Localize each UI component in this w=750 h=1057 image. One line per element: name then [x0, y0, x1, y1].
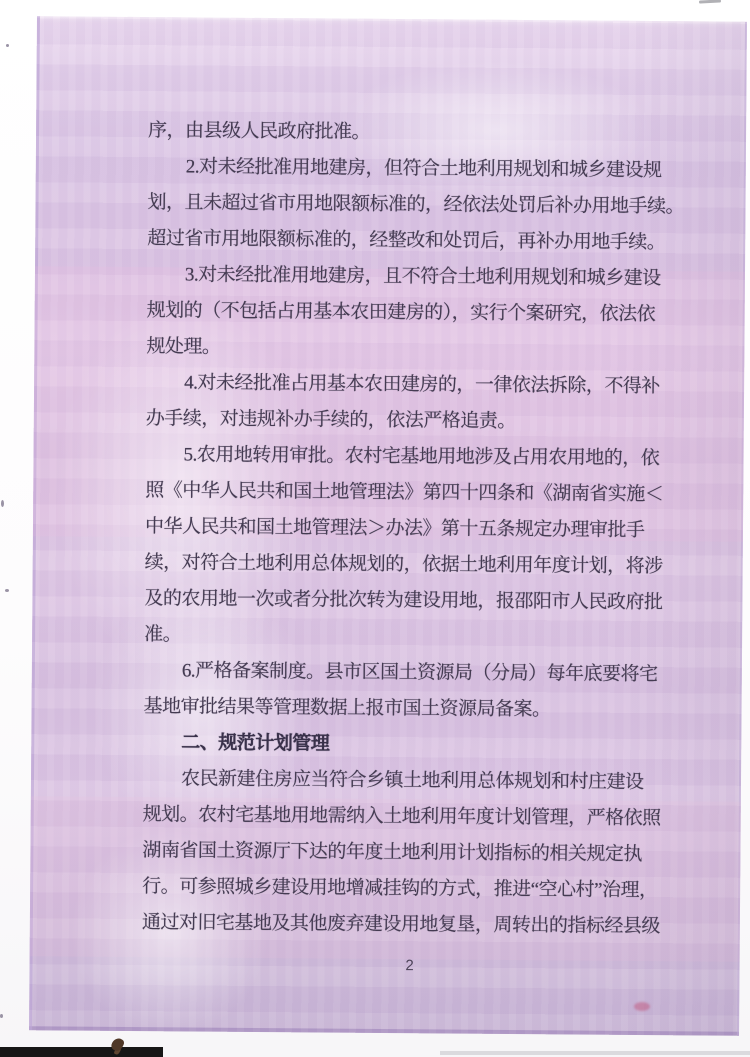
text-line: 基地审批结果等管理数据上报市国土资源局备案。 [143, 689, 679, 729]
text-line: 通过对旧宅基地及其他废弃建设用地复垦，周转出的指标经县级 [142, 905, 678, 945]
text-line: 续，对符合土地利用总体规划的，依据土地利用年度计划，将涉 [145, 545, 681, 585]
scan-artifact-speck [1, 500, 4, 507]
text-line: 划，且未超过省市用地限额标准的，经依法处罚后补办用地手续。 [147, 185, 683, 225]
text-line: 农民新建住房应当符合乡镇土地利用总体规划和村庄建设 [143, 761, 679, 801]
text-line: 规处理。 [146, 329, 682, 369]
scan-artifact-speck [5, 589, 9, 592]
body-text: 序，由县级人民政府批准。2.对未经批准用地建房，但符合土地利用规划和城乡建设规划… [142, 113, 684, 945]
text-line: 2.对未经批准用地建房，但符合土地利用规划和城乡建设规 [148, 149, 684, 189]
scan-canvas: 序，由县级人民政府批准。2.对未经批准用地建房，但符合土地利用规划和城乡建设规划… [0, 0, 750, 1057]
scan-artifact-bottom-faint-bar [440, 1051, 750, 1055]
text-line: 超过省市用地限额标准的，经整改和处罚后，再补办用地手续。 [147, 221, 683, 261]
scan-artifact-speck [6, 44, 9, 47]
text-line: 规划。农村宅基地用地需纳入土地利用年度计划管理，严格依照 [143, 797, 679, 837]
text-line: 4.对未经批准占用基本农田建房的，一律依法拆除，不得补 [146, 365, 682, 405]
text-line: 照《中华人民共和国土地管理法》第四十四条和《湖南省实施＜ [145, 473, 681, 513]
text-line: 二、规范计划管理 [143, 725, 679, 765]
scan-artifact-speck [110, 1036, 126, 1053]
text-line: 办手续，对违规补办手续的，依法严格追责。 [146, 401, 682, 441]
scan-artifact-bottom-bar [0, 1047, 163, 1057]
scan-artifact-top-dash [699, 0, 721, 4]
scan-artifact-speck [0, 1014, 3, 1018]
text-line: 及的农用地一次或者分批次转为建设用地，报邵阳市人民政府批 [144, 581, 680, 621]
text-line: 5.农用地转用审批。农村宅基地用地涉及占用农用地的，依 [145, 437, 681, 477]
text-line: 3.对未经批准用地建房，且不符合土地利用规划和城乡建设 [147, 257, 683, 297]
text-line: 准。 [144, 617, 680, 657]
text-line: 行。可参照城乡建设用地增减挂钩的方式，推进“空心村”治理， [142, 869, 678, 909]
text-line: 序，由县级人民政府批准。 [148, 113, 684, 153]
text-line: 湖南省国土资源厅下达的年度土地利用计划指标的相关规定执 [142, 833, 678, 873]
document-page: 序，由县级人民政府批准。2.对未经批准用地建房，但符合土地利用规划和城乡建设规划… [29, 16, 747, 1036]
text-line: 规划的（不包括占用基本农田建房的），实行个案研究，依法依 [147, 293, 683, 333]
text-line: 6.严格备案制度。县市区国土资源局（分局）每年底要将宅 [144, 653, 680, 693]
text-line: 中华人民共和国土地管理法＞办法》第十五条规定办理审批手 [145, 509, 681, 549]
page-number: 2 [141, 955, 677, 976]
